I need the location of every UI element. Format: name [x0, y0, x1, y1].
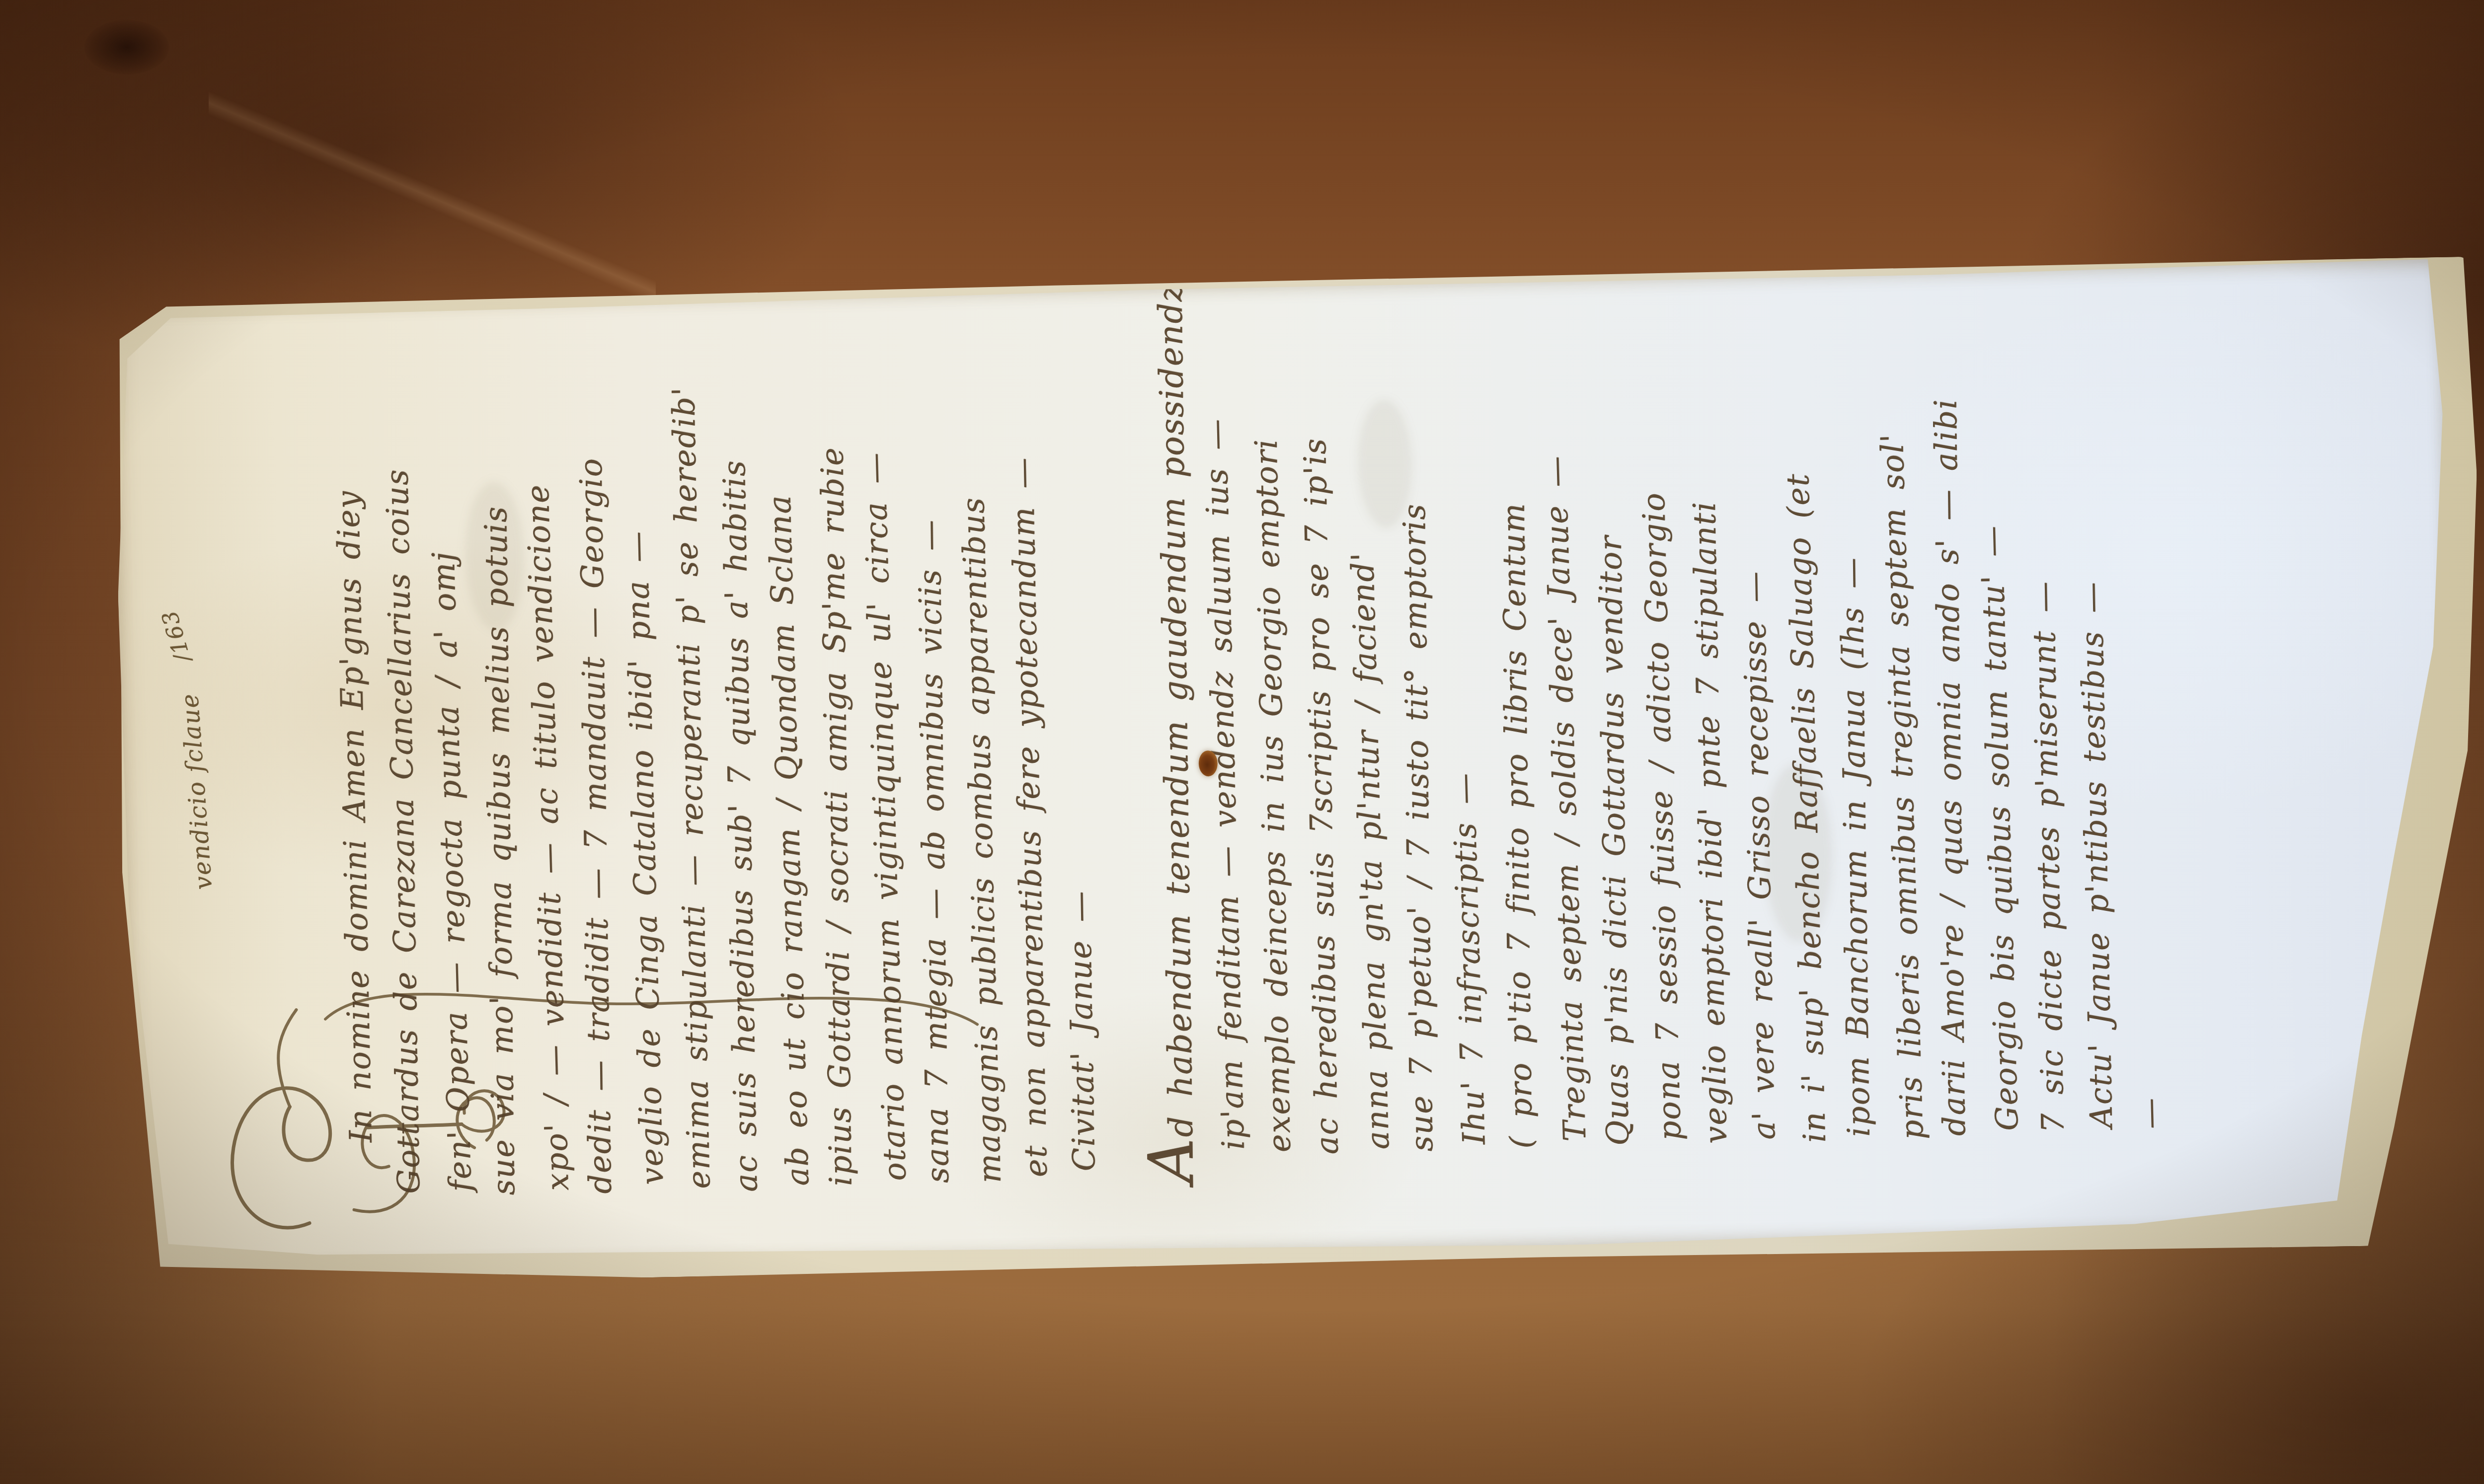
- manuscript-line: Georgio bis quibus solum tantu' —: [1973, 524, 2025, 1131]
- manuscript-line: a' vere reall' Grisso recepisse —: [1735, 570, 1782, 1140]
- manuscript-line: Civitat' Janue —: [1061, 890, 1102, 1172]
- manuscript-line: et non apparentibus fere ypotecandum —: [1004, 456, 1054, 1178]
- manuscript-line: ipom Banchorum in Janua (Ihs —: [1833, 557, 1876, 1137]
- manuscript-line: pona 7 sessio fuisse / adicto Georgio: [1635, 492, 1688, 1141]
- manuscript-line: sana 7 mtegia — ab omnibus viciis —: [911, 519, 956, 1184]
- archival-note-text: vendicio ſclaue: [176, 692, 218, 891]
- manuscript-line: Ad habendum tenendum gaudendum possidend…: [1151, 283, 1201, 1184]
- archival-note: vendicio ſclaue /163: [169, 608, 218, 890]
- manuscript-paper: vendicio ſclaue /163 In nomine domini Am…: [112, 259, 2461, 1274]
- manuscript-line: exemplo deinceps in ius Georgio emptori: [1248, 438, 1298, 1153]
- manuscript-line: pris liberis omnibus treginta septem sol…: [1874, 433, 1931, 1140]
- manuscript-line: sue 7 p'petuo' / 7 iusto tit° emptoris: [1396, 503, 1440, 1152]
- manuscript-line: veglio emptori ibid' pnte 7 stipulanti: [1686, 501, 1734, 1144]
- manuscript-line: anna plena gn'ta pl'ntur / faciend': [1344, 551, 1396, 1150]
- manuscript-line: Actu' Janue p'ntibus testibus —: [2073, 581, 2120, 1128]
- manuscript-line: —: [2131, 1097, 2169, 1129]
- wood-knot: [84, 20, 169, 74]
- archival-note-number: /163: [156, 607, 196, 665]
- photo-scene: vendicio ſclaue /163 In nomine domini Am…: [0, 0, 2484, 1484]
- manuscript-line: ip'am fenditam — vendendz saluum ius —: [1197, 418, 1251, 1150]
- manuscript-line: Ihu' 7 infrascriptis —: [1445, 772, 1492, 1145]
- manuscript-line: Quas p'nis dicti Gottardus venditor: [1592, 535, 1636, 1146]
- manuscript-line: 7 sic dicte partes p'miserunt —: [2025, 581, 2071, 1133]
- manuscript-line: darii Amo're / quas omnia ando s' — alib…: [1927, 398, 1972, 1136]
- manuscript-line: ac heredibus suis 7scriptis pro se 7 ip'…: [1297, 438, 1345, 1155]
- manuscript-line: ( pro p'tio 7 finito pro libris Centum: [1495, 503, 1540, 1149]
- page-rotated-content: vendicio ſclaue /163 In nomine domini Am…: [112, 261, 2461, 1274]
- wood-scratch: [209, 89, 656, 298]
- manuscript-line: Treginta septem / soldis dece' Janue —: [1537, 455, 1593, 1142]
